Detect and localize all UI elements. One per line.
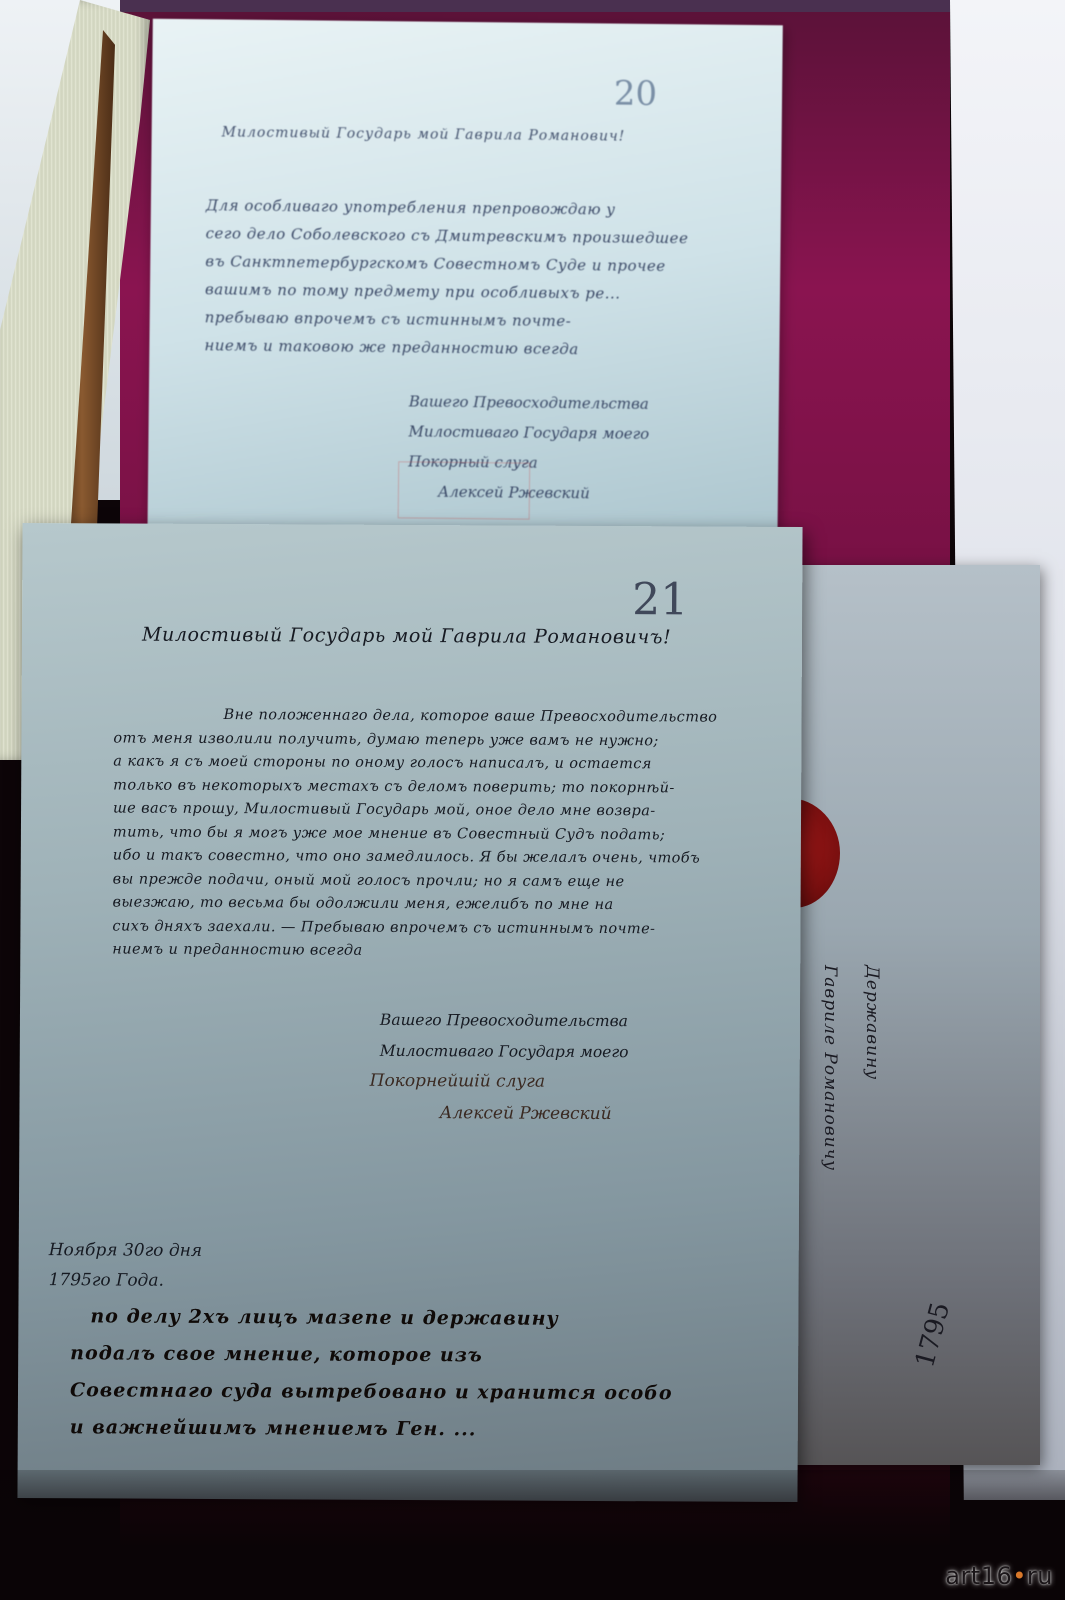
- body-line: ибо и такъ совестно, что оно замедлилось…: [113, 844, 773, 871]
- body-line: тить, что бы я могъ уже мое мнение въ Со…: [113, 821, 773, 848]
- closing-line: Вашего Превосходительства: [409, 386, 650, 419]
- letter-body: Вне положеннаго дела, которое ваше Прево…: [112, 703, 773, 965]
- body-line: ниемъ и преданностию всегда: [112, 938, 772, 965]
- letter-salutation: Милостивый Государь мой Гаврила Романови…: [142, 624, 671, 649]
- envelope-address-line: Гавриле Романовичу: [820, 965, 840, 1171]
- closing-line: Вашего Превосходительства: [380, 1005, 629, 1037]
- watermark-suffix: ru: [1027, 1562, 1053, 1590]
- closing-line: Милостиваго Государя моего: [408, 416, 649, 449]
- front-letter: 21 Милостивый Государь мой Гаврила Роман…: [17, 523, 802, 1502]
- body-line: ше васъ прошу, Милостивый Государь мой, …: [113, 797, 773, 824]
- body-line: выезжаю, то весьма бы одолжили меня, еже…: [113, 891, 773, 918]
- signature: Покорнейшiй слуга Алексей Ржевский: [369, 1065, 611, 1130]
- letter-body: Для особливаго употребления препровождаю…: [204, 191, 766, 365]
- note-line: подалъ свое мнение, которое изъ: [70, 1335, 790, 1376]
- body-line: только въ некоторыхъ местахъ съ деломъ п…: [113, 774, 773, 801]
- case-top-edge: [120, 0, 950, 12]
- handwritten-note: по делу 2хъ лицъ мазепе и державину пода…: [70, 1298, 791, 1450]
- envelope-number: 1795: [910, 1299, 956, 1371]
- faded-stamp: [398, 461, 531, 519]
- watermark-prefix: art16: [945, 1562, 1012, 1590]
- note-line: и важнейшимъ мнениемъ Ген. ...: [70, 1409, 790, 1450]
- case-bottom-shadow: [0, 1470, 1065, 1600]
- date-line: 1795го Года.: [49, 1265, 202, 1296]
- signature-line: Покорнейшiй слуга: [370, 1065, 612, 1098]
- body-line: отъ меня изволили получить, думаю теперь…: [113, 727, 773, 754]
- folio-number: 21: [632, 574, 688, 625]
- body-line: вы прежде подачи, оный мой голосъ прочли…: [113, 868, 773, 895]
- letter-salutation: Милостивый Государь мой Гаврила Романови…: [222, 124, 626, 144]
- body-line: ниемъ и таковою же преданностию всегда: [204, 331, 764, 365]
- site-watermark: art16•ru: [945, 1562, 1053, 1590]
- date-line: Ноября 30го дня: [49, 1235, 202, 1266]
- note-line: по делу 2хъ лицъ мазепе и державину: [70, 1298, 790, 1339]
- closing-line: Милостиваго Государя моего: [380, 1036, 629, 1068]
- letter-date: Ноября 30го дня 1795го Года.: [49, 1235, 203, 1296]
- back-letter: 20 Милостивый Государь мой Гаврила Роман…: [147, 19, 783, 566]
- signature-line: Алексей Ржевский: [369, 1097, 611, 1130]
- body-line: Вне положеннаго дела, которое ваше Прево…: [113, 703, 773, 730]
- envelope-address-line: Державину: [862, 965, 882, 1080]
- folio-number: 20: [614, 74, 658, 114]
- note-line: Совестнаго суда вытребовано и хранится о…: [70, 1372, 790, 1413]
- letter-closing: Вашего Превосходительства Милостиваго Го…: [380, 1005, 629, 1068]
- body-line: а какъ я съ моей стороны по оному голосъ…: [113, 750, 773, 777]
- museum-display-scene: 20 Милостивый Государь мой Гаврила Роман…: [0, 0, 1065, 1600]
- watermark-dot-icon: •: [1012, 1562, 1027, 1590]
- body-line: сихъ дняхъ заехали. — Пребываю впрочемъ …: [112, 915, 772, 942]
